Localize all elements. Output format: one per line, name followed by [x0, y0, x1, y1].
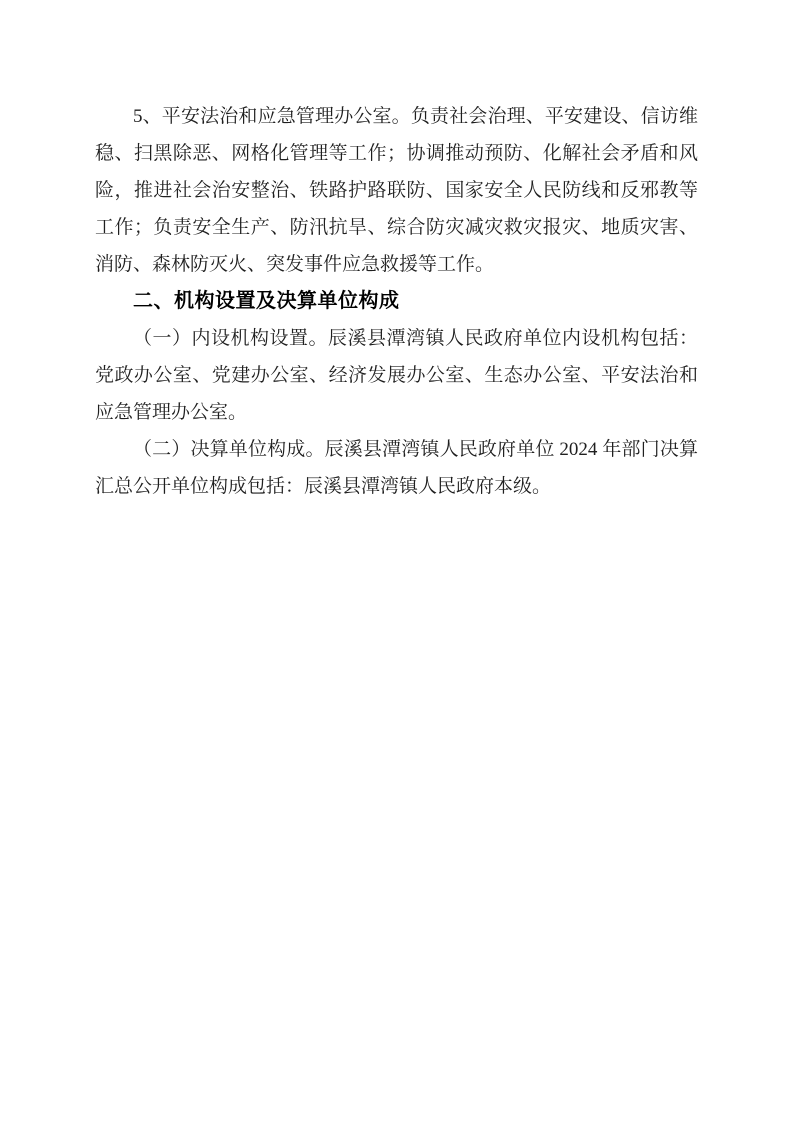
document-content: 5、平安法治和应急管理办公室。负责社会治理、平安建设、信访维稳、扫黑除恶、网格化… [95, 98, 698, 505]
section-heading-org-setup: 二、机构设置及决算单位构成 [95, 283, 698, 320]
paragraph-office-item-5: 5、平安法治和应急管理办公室。负责社会治理、平安建设、信访维稳、扫黑除恶、网格化… [95, 98, 698, 283]
paragraph-internal-org-setup: （一）内设机构设置。辰溪县潭湾镇人民政府单位内设机构包括：党政办公室、党建办公室… [95, 320, 698, 431]
paragraph-budget-unit-composition: （二）决算单位构成。辰溪县潭湾镇人民政府单位 2024 年部门决算汇总公开单位构… [95, 431, 698, 505]
document-page: 5、平安法治和应急管理办公室。负责社会治理、平安建设、信访维稳、扫黑除恶、网格化… [0, 0, 793, 1122]
